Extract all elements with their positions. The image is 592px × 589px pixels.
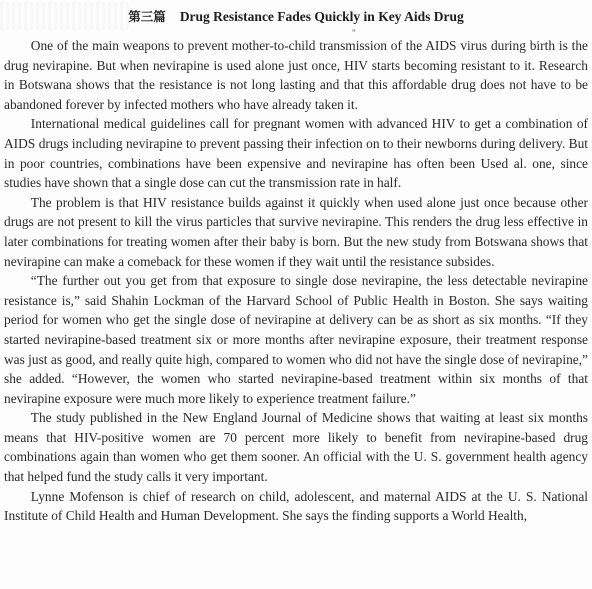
paragraph-6: Lynne Mofenson is chief of research on c… [4, 487, 588, 526]
section-label: 第三篇 [128, 9, 166, 24]
paragraph-4: “The further out you get from that expos… [4, 271, 588, 408]
title-text: Drug Resistance Fades Quickly in Key Aid… [180, 9, 464, 24]
paragraph-2: International medical guidelines call fo… [4, 114, 588, 192]
paragraph-1: One of the main weapons to prevent mothe… [4, 36, 588, 114]
article-body: One of the main weapons to prevent mothe… [4, 36, 588, 526]
article-title: 第三篇Drug Resistance Fades Quickly in Key … [0, 7, 592, 25]
paragraph-3: The problem is that HIV resistance build… [4, 193, 588, 271]
document-page: 第三篇Drug Resistance Fades Quickly in Key … [0, 0, 592, 589]
paragraph-5: The study published in the New England J… [4, 408, 588, 486]
